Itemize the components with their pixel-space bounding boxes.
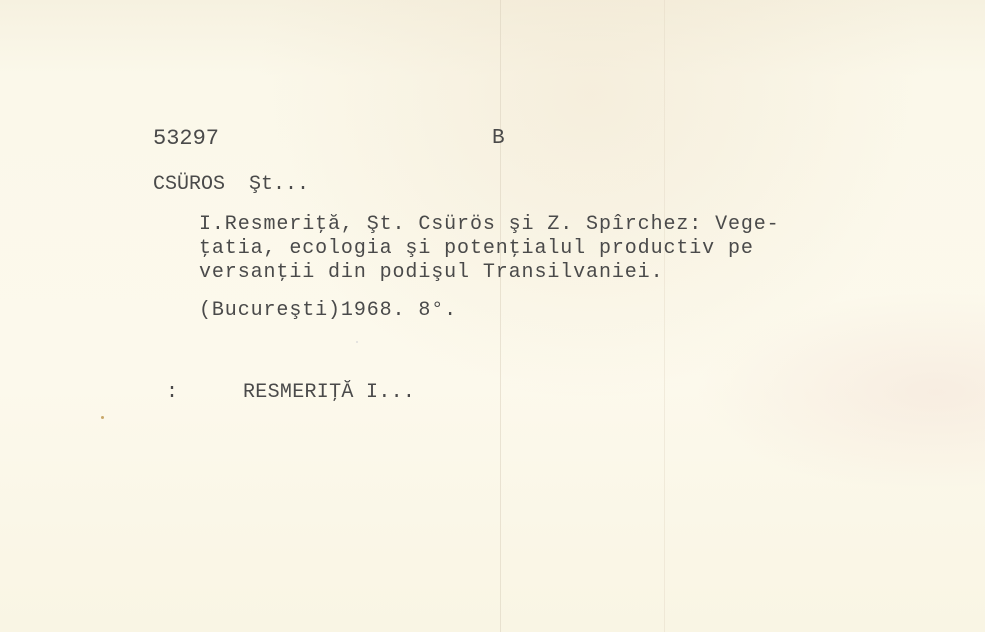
tracing-entry: RESMERIŢĂ I... <box>243 380 415 406</box>
location-mark: B <box>492 126 505 152</box>
card-fold-line <box>664 0 665 632</box>
catalog-card: 53297 B CSÜROS Şt... I.Resmeriţă, Şt. Cs… <box>0 0 985 632</box>
main-heading-author: CSÜROS Şt... <box>153 172 309 198</box>
description-line-1: I.Resmeriţă, Şt. Csürös şi Z. Spîrchez: … <box>199 212 780 238</box>
paper-speck <box>101 416 104 419</box>
card-fold-line <box>500 0 501 632</box>
paper-speck <box>356 341 358 343</box>
tracing-marker: : <box>166 380 179 406</box>
call-number: 53297 <box>153 126 219 152</box>
description-line-3: versanţii din podişul Transilvaniei. <box>199 260 663 286</box>
description-line-2: ţatia, ecologia şi potenţialul productiv… <box>199 236 754 262</box>
imprint: (Bucureşti)1968. 8°. <box>199 298 457 324</box>
